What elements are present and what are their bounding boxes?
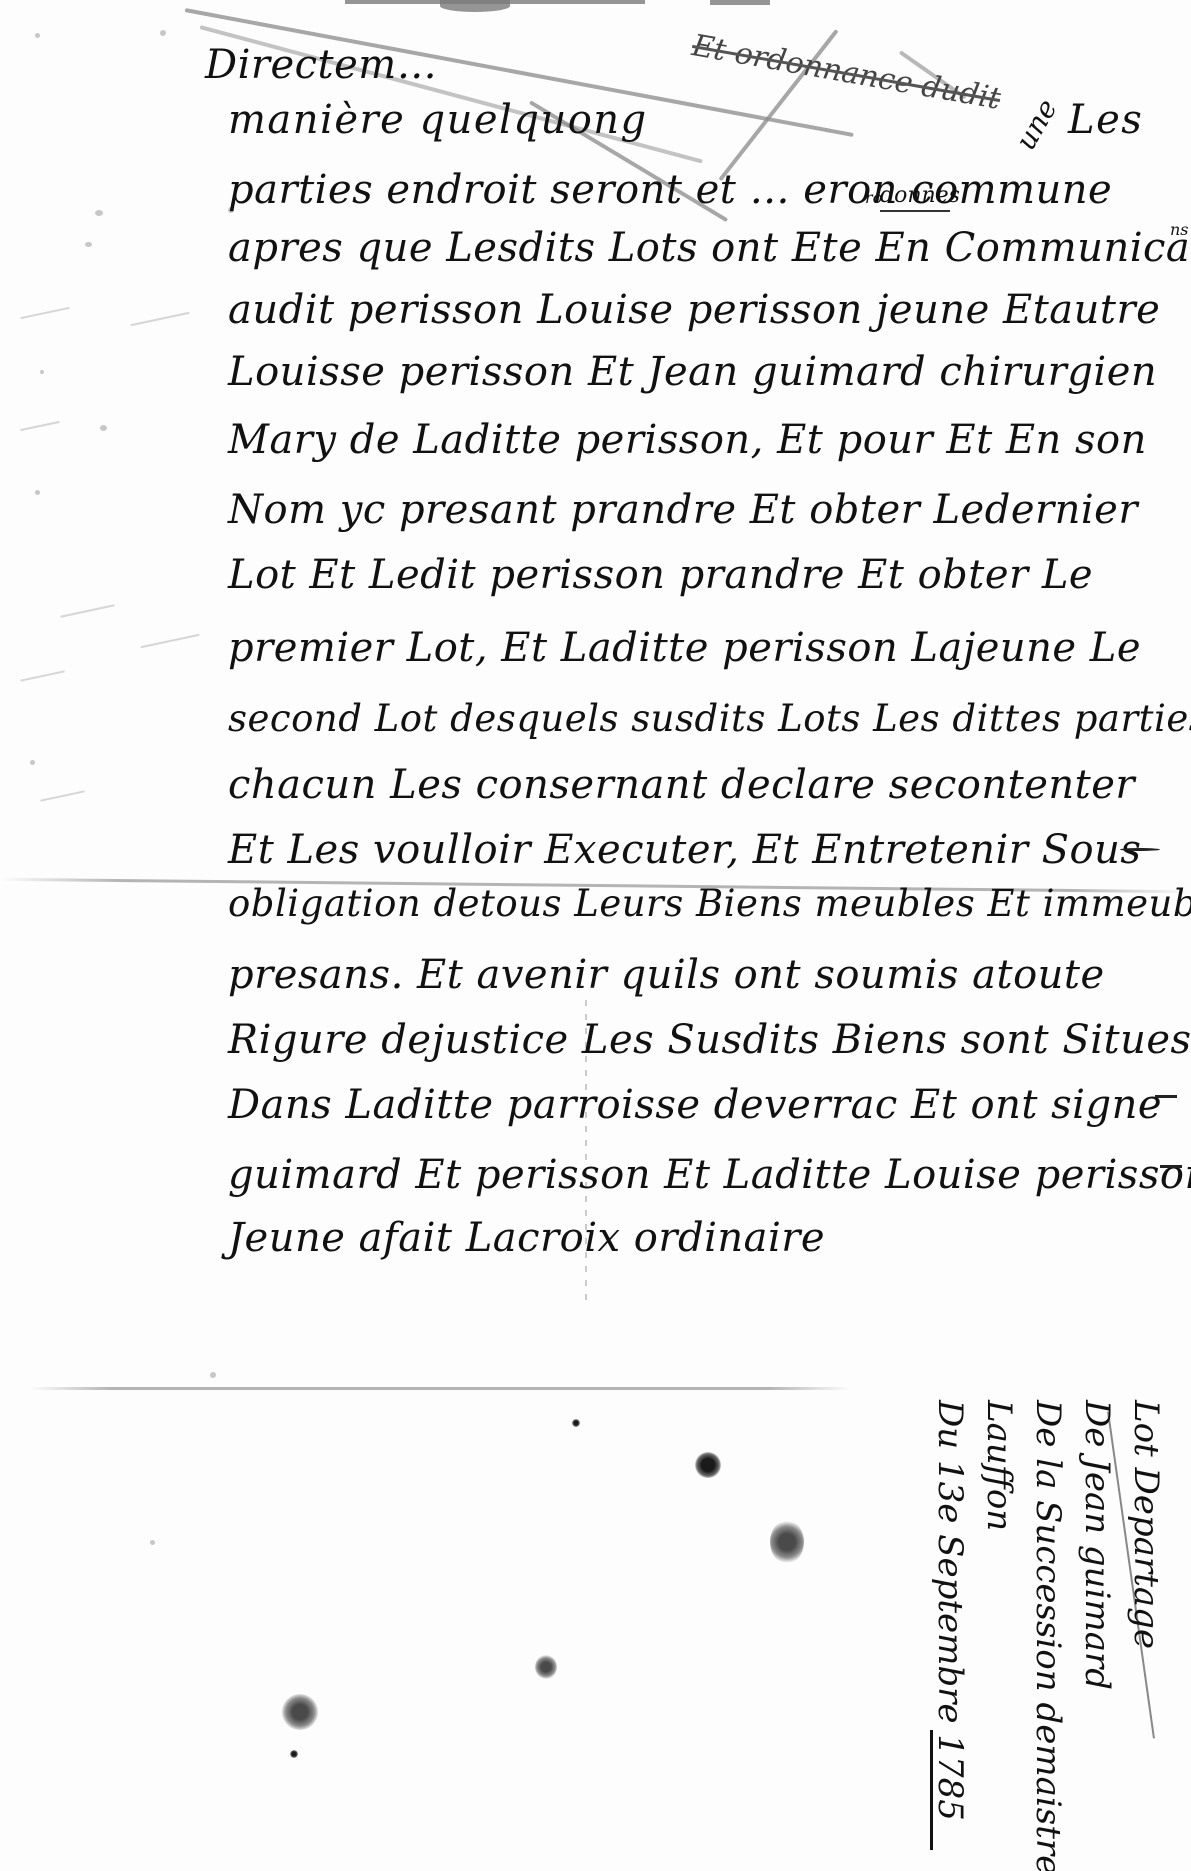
paper-speck	[210, 1372, 216, 1378]
superscript-abbreviation: ns	[1170, 220, 1189, 239]
manuscript-line-5: audit perisson Louise perisson jeune Eta…	[228, 290, 1160, 330]
manuscript-line-6: Louisse perisson Et Jean guimard chirurg…	[228, 352, 1157, 392]
line-2-text: manière quelquong	[228, 97, 648, 143]
manuscript-line-8: Nom yc presant prandre Et obter Ledernie…	[228, 490, 1138, 530]
crossed-out-fragment: Et ordonnance dudit	[689, 28, 1003, 117]
paper-scratch	[40, 790, 84, 801]
paper-speck	[100, 425, 107, 431]
paper-speck	[85, 242, 92, 247]
top-edge-smudge	[440, 0, 510, 12]
endorsement-line-5: Du 13e Septembre 1785	[925, 1400, 974, 1870]
ink-blot	[572, 1419, 580, 1427]
manuscript-line-7: Mary de Laditte perisson, Et pour Et En …	[228, 420, 1147, 460]
line-end-flourish	[1120, 848, 1160, 851]
line-18-text: guimard Et perisson Et Laditte Louise pe…	[228, 1152, 1191, 1198]
manuscript-line-9: Lot Et Ledit perisson prandre Et obter L…	[228, 555, 1093, 595]
line-end-dash	[1155, 1095, 1177, 1098]
paper-scratch	[130, 312, 189, 326]
manuscript-line-15: presans. Et avenir quils ont soumis atou…	[228, 955, 1105, 995]
interlinear-insertion: donnes	[880, 183, 960, 208]
paper-scratch	[20, 670, 64, 681]
manuscript-line-11: second Lot desquels susdits Lots Les dit…	[228, 700, 1191, 737]
manuscript-line-13: Et Les voulloir Executer, Et Entretenir …	[228, 830, 1141, 870]
paper-speck	[95, 210, 103, 216]
insertion-underline	[880, 210, 950, 212]
paper-scratch	[20, 307, 69, 319]
paper-scratch	[140, 634, 199, 648]
line-2-end: Les	[1068, 100, 1143, 140]
ink-blot	[770, 1520, 804, 1564]
endorsement-line-1: Lot Departage	[1121, 1400, 1170, 1870]
ink-blot	[695, 1452, 721, 1478]
line-end-dash	[1160, 1165, 1182, 1168]
paper-scratch	[60, 604, 114, 617]
manuscript-page: Et ordonnance dudit une Directem… manièr…	[0, 0, 1191, 1871]
manuscript-line-1: Directem…	[205, 45, 437, 85]
endorsement-line-3: De la Succession demaistre	[1023, 1400, 1072, 1870]
paper-speck	[150, 1540, 155, 1545]
manuscript-line-2: manière quelquong Les	[228, 100, 648, 140]
manuscript-line-14: obligation detous Leurs Biens meubles Et…	[228, 885, 1191, 922]
docket-endorsement: Lot Departage De Jean guimard De la Succ…	[930, 1400, 1170, 1870]
paper-speck	[30, 760, 35, 765]
inserted-word: une	[1009, 93, 1064, 155]
manuscript-line-12: chacun Les consernant declare secontente…	[228, 765, 1135, 805]
manuscript-line-19: Jeune afait Lacroix ordinaire	[228, 1218, 825, 1258]
manuscript-line-3: parties endroit seront et … eron commune	[228, 170, 1112, 210]
paper-speck	[35, 490, 40, 495]
manuscript-line-16: Rigure dejustice Les Susdits Biens sont …	[228, 1020, 1191, 1060]
paper-speck	[35, 33, 40, 38]
endorsement-line-2: De Jean guimard	[1072, 1400, 1121, 1870]
ink-blot	[290, 1750, 298, 1758]
paper-scratch	[20, 421, 60, 431]
ink-blot	[282, 1694, 318, 1730]
manuscript-line-18: guimard Et perisson Et Laditte Louise pe…	[228, 1155, 1191, 1195]
ink-blot	[535, 1655, 557, 1679]
manuscript-line-4: apres que Lesdits Lots ont Ete En Commun…	[228, 228, 1191, 268]
paper-speck	[160, 30, 166, 36]
top-edge-smudge	[710, 0, 770, 5]
paper-speck	[40, 370, 44, 374]
manuscript-line-17: Dans Laditte parroisse deverrac Et ont s…	[228, 1085, 1162, 1125]
fold-line	[30, 1387, 850, 1390]
manuscript-line-10: premier Lot, Et Laditte perisson Lajeune…	[228, 628, 1141, 668]
endorsement-line-4: Lauffon	[974, 1400, 1023, 1870]
